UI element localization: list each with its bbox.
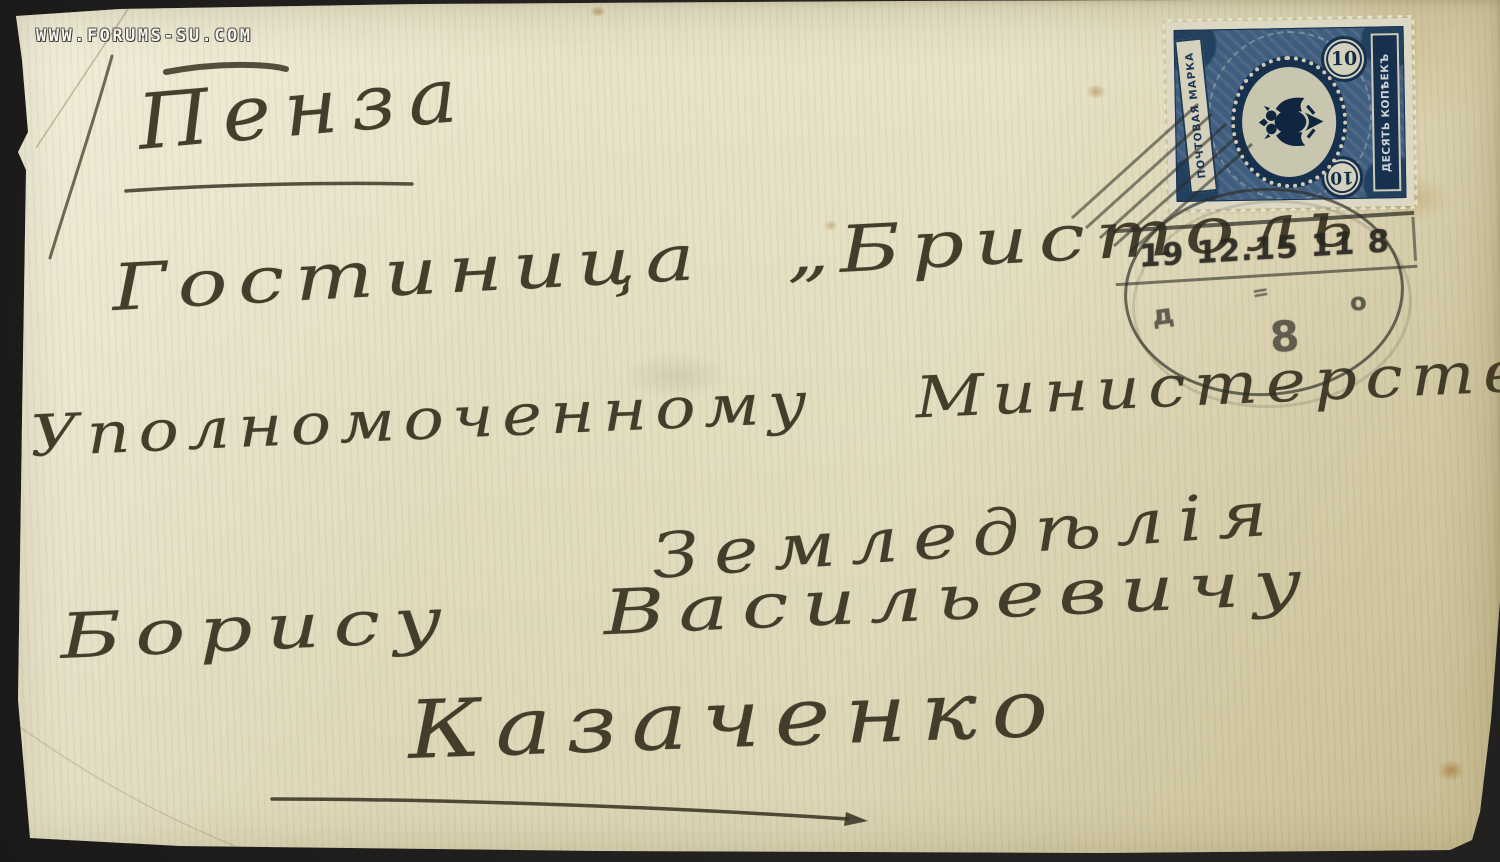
stamp-ribbon-label: ПОЧТОВАЯ МАРКА (1183, 52, 1208, 180)
stamp-value-panel: ДЕСЯТЬ КОПѢЕКЪ (1371, 33, 1402, 191)
stamp-perforation (1165, 15, 1411, 26)
postmark-date: 19 12.15 11 8 (1139, 223, 1390, 274)
stain (1438, 760, 1464, 781)
city-underline (126, 183, 412, 191)
stamp-value-label: ДЕСЯТЬ КОПѢЕКЪ (1379, 53, 1393, 172)
handwritten-surname-line: Казаченко (406, 661, 1063, 777)
double-headed-eagle-icon (1249, 88, 1330, 155)
stamp-center-field (1241, 66, 1337, 178)
postmark-equals-mark: = (1250, 279, 1271, 306)
envelope: WWW.FORUMS-SU.COM Пенза Гостиница „Брист… (0, 0, 1500, 862)
stamp-perforation (1407, 18, 1417, 206)
paper-crease (10, 720, 240, 848)
postmark: 19 12.15 11 8 д = 8 о (1122, 180, 1414, 402)
postmark-bottom-digit: 8 (1268, 311, 1301, 362)
photo-scene: WWW.FORUMS-SU.COM Пенза Гостиница „Брист… (0, 0, 1500, 862)
stray-ink-stroke (50, 56, 112, 258)
stain (590, 6, 606, 17)
stamp-numeral-text: 10 (1331, 48, 1358, 70)
stain (1086, 84, 1106, 99)
postmark-right-letter: о (1349, 287, 1368, 317)
handwritten-city: Пенза (134, 49, 473, 167)
postmark-left-letter: д (1150, 299, 1176, 333)
watermark-text: WWW.FORUMS-SU.COM (36, 26, 253, 46)
flourish-arrowhead (844, 812, 868, 826)
stamp-design: ПОЧТОВАЯ МАРКА ДЕСЯТЬ КОПѢЕКЪ 10 10 (1174, 26, 1407, 202)
surname-underline-flourish (272, 799, 848, 819)
